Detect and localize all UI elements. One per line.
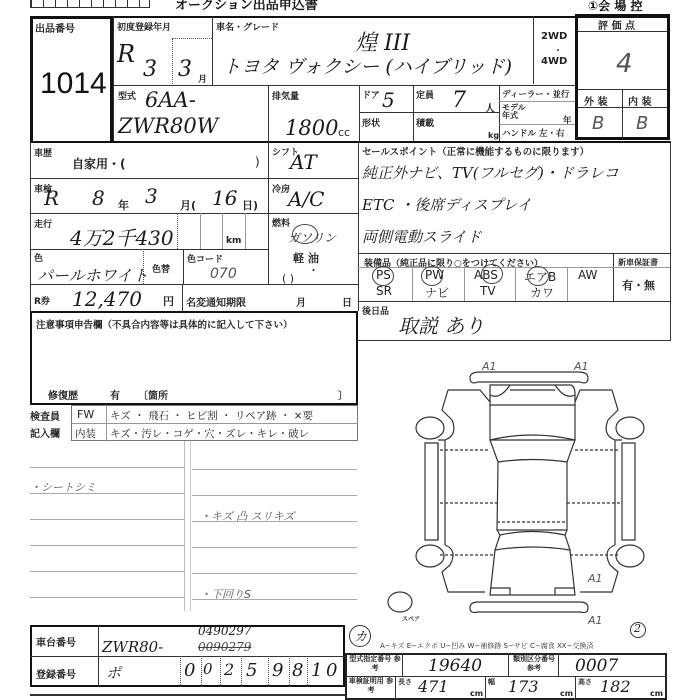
- header-grid: [30, 0, 150, 8]
- inspector-note-left-1: ・シートシミ: [30, 479, 96, 495]
- height-label: 高さ: [578, 677, 592, 687]
- displacement-label: 排気量: [272, 89, 299, 102]
- length-unit: cm: [470, 689, 483, 698]
- recycle-unit: 円: [163, 293, 174, 309]
- equip-sr[interactable]: SR: [376, 284, 392, 298]
- chassis-correction: 0490297: [198, 624, 251, 638]
- model-year-label: モデル年式: [502, 104, 532, 120]
- first-registration-label: 初度登録年月: [117, 20, 171, 33]
- type-designation-label: 型式指定番号 参考: [348, 655, 402, 673]
- color-change-label: 色替: [152, 262, 170, 275]
- length-value: 471: [418, 677, 449, 696]
- type-designation-value: 19640: [428, 656, 482, 676]
- exterior-label: 外 装: [584, 93, 607, 108]
- inspector-interior-options: キズ・汚レ・コゲ・穴・ズレ・キレ・破レ: [110, 426, 309, 441]
- name-change-label: 名変通知期限: [186, 294, 246, 309]
- shaken-era: R: [44, 186, 59, 210]
- lot-number: 1014: [40, 67, 107, 101]
- displacement-value: 1800: [285, 116, 338, 140]
- history-label: 車歴: [34, 146, 52, 159]
- shaken-year-unit: 年: [118, 197, 129, 213]
- reg-digit-2: 0: [203, 660, 213, 678]
- registration-era: R: [117, 40, 135, 68]
- after-items-label: 後日品: [362, 304, 389, 317]
- color-code-label: 色コード: [187, 252, 223, 265]
- inspector-note-right-1: ・キズ 凸 スリキズ: [200, 508, 295, 524]
- name-change-day: 日: [342, 294, 352, 309]
- name-change-month: 月: [296, 294, 306, 309]
- equip-navi[interactable]: ナビ: [425, 284, 449, 301]
- form-title: オークション出品申込書: [175, 0, 318, 13]
- exterior-grade: B: [592, 113, 604, 134]
- sales-point-line-2: ETC ・後席ディスプレイ: [362, 194, 532, 215]
- chassis-label: 車台番号: [36, 634, 76, 649]
- class-number-value: 0007: [575, 656, 618, 676]
- reg-digit-8: 0: [326, 660, 337, 681]
- shaken-day-unit: 日): [242, 197, 258, 213]
- venue-copy-label: ①会 場 控: [588, 0, 643, 14]
- repair-close: 〕: [338, 387, 348, 402]
- inspector-interior: 内装: [75, 426, 96, 441]
- handle-label[interactable]: ハンドル 左・右: [502, 127, 564, 139]
- damage-legend: A−キズ E−エクボ U−凹み W−補修跡 S−サビ C−腐食 XX−交換済: [380, 641, 593, 651]
- reg-digit-4: 5: [246, 660, 257, 681]
- displacement-unit: cc: [338, 126, 350, 139]
- dimensions-label: 車検証明用 参考: [348, 677, 394, 695]
- circle-airbag: [527, 266, 549, 286]
- registration-year: 3: [143, 57, 157, 82]
- grade-box: 評 価 点 4 外 装 内 装 B B: [575, 14, 670, 140]
- interior-grade: B: [636, 113, 648, 134]
- load-unit: kg: [488, 131, 499, 140]
- inspector-fw-options: キズ ・ 飛石 ・ ヒビ割 ・ リペア跡 ・ ×要: [110, 408, 313, 423]
- inspector-label-1: 検査員: [30, 408, 60, 423]
- repair-label: 修復歴: [48, 387, 78, 402]
- width-value: 173: [508, 677, 539, 696]
- warranty-options[interactable]: 有・無: [622, 277, 655, 293]
- registration-month-unit: 月: [198, 72, 207, 85]
- damage-mark-rear-right-outer: A1: [588, 614, 603, 627]
- chassis-struck: 0090279: [198, 640, 251, 654]
- inspector-label-2: 記入欄: [30, 425, 60, 440]
- height-value: 182: [600, 677, 631, 696]
- circled-mark-right-text: 2: [634, 622, 641, 635]
- mileage-value: 4万2千430: [70, 222, 174, 251]
- fuel-dot: ・: [308, 262, 319, 278]
- doors-label: ドア: [362, 88, 380, 101]
- capacity-value: 7: [452, 88, 466, 113]
- load-label: 積載: [416, 116, 434, 129]
- recycle-value: 12,470: [72, 287, 142, 311]
- grade-score: 4: [616, 49, 633, 79]
- reg-number-label: 登録番号: [36, 666, 76, 681]
- lot-number-label: 出品番号: [35, 20, 75, 35]
- class-number-label: 類別区分番号 参考: [510, 655, 558, 673]
- notes-label: 注意事項申告欄（不具合内容等は具体的に記入して下さい）: [36, 317, 293, 331]
- model-code: ZWR80W: [118, 114, 218, 138]
- shaken-month: 3: [145, 184, 158, 208]
- drive-4wd[interactable]: 4WD: [541, 56, 567, 67]
- shaken-day: 16: [212, 186, 237, 210]
- damage-mark-front-right: A1: [573, 360, 589, 373]
- sales-point-line-1: 純正外ナビ、TV(フルセグ)・ドラレコ: [362, 162, 619, 183]
- circle-pw: [421, 266, 443, 286]
- history-close: ): [255, 155, 260, 169]
- model-code-prefix: 6AA-: [145, 88, 196, 112]
- car-damage-diagram: A1 A1 A1: [360, 340, 700, 620]
- reg-digit-5: 9: [272, 660, 283, 681]
- spare-label: スペア: [402, 614, 420, 623]
- repair-place: 〔箇所: [138, 387, 168, 402]
- sales-points-label: セールスポイント（正常に機能するものに限ります）: [362, 144, 589, 158]
- width-unit: cm: [560, 689, 573, 698]
- reg-digit-7: 1: [311, 660, 322, 681]
- dealer-label[interactable]: ディーラー・並行: [502, 88, 569, 100]
- drive-dot: ・: [553, 42, 563, 57]
- capacity-label: 定員: [416, 88, 434, 101]
- equip-tv[interactable]: TV: [480, 284, 496, 298]
- history-value: 自家用・(: [72, 155, 126, 172]
- reg-digit-1: 0: [184, 660, 195, 681]
- doors-value: 5: [382, 88, 395, 112]
- sales-point-line-3: 両側電動スライド: [362, 226, 482, 247]
- color-value: パールホワイト: [37, 263, 148, 286]
- inspector-fw: FW: [77, 408, 94, 421]
- reg-digit-6: 8: [292, 660, 303, 681]
- car-name-label: 車名・グレード: [216, 20, 279, 33]
- repair-value[interactable]: 有: [110, 387, 120, 402]
- height-unit: cm: [650, 689, 663, 698]
- reg-number-prefix: ポ: [106, 662, 121, 683]
- equip-leather[interactable]: カワ: [530, 284, 554, 301]
- ac-value: A/C: [288, 187, 324, 211]
- grade-label: 評 価 点: [598, 17, 635, 32]
- circled-mark-left-text: カ: [354, 626, 367, 645]
- shift-value: AT: [290, 150, 317, 174]
- drive-2wd[interactable]: 2WD: [541, 31, 567, 42]
- registration-month: 3: [178, 57, 192, 82]
- length-label: 長さ: [398, 677, 412, 687]
- interior-label: 内 装: [628, 93, 651, 108]
- circle-ps: [372, 266, 394, 286]
- chassis-value: ZWR80-: [102, 638, 163, 656]
- mileage-unit: km: [226, 236, 241, 246]
- after-items-value: 取説 あり: [398, 310, 484, 339]
- damage-mark-rear-right: A1: [587, 572, 603, 585]
- car-name: トヨタ ヴォクシー (ハイブリッド): [222, 52, 512, 79]
- notes-box: 注意事項申告欄（不具合内容等は具体的に記入して下さい） 修復歴 有 〔箇所 〕: [30, 311, 358, 405]
- damage-mark-front-left: A1: [481, 360, 497, 373]
- lot-number-box: 出品番号 1014: [30, 16, 113, 141]
- shaken-month-unit: 月(: [180, 197, 196, 213]
- inspector-note-right-2: ・下回りS: [200, 586, 251, 602]
- mileage-label: 走行: [34, 217, 52, 230]
- circle-abs: [481, 264, 503, 284]
- fuel-label: 燃料: [272, 216, 290, 229]
- color-code: 070: [210, 266, 237, 282]
- recycle-label: R券: [34, 294, 50, 307]
- equip-aw[interactable]: AW: [578, 268, 597, 282]
- width-label: 幅: [488, 677, 495, 687]
- model-label: 型式: [118, 89, 136, 102]
- reg-digit-3: 2: [224, 660, 234, 679]
- shape-label: 形状: [362, 116, 380, 129]
- shaken-year: 8: [92, 186, 105, 210]
